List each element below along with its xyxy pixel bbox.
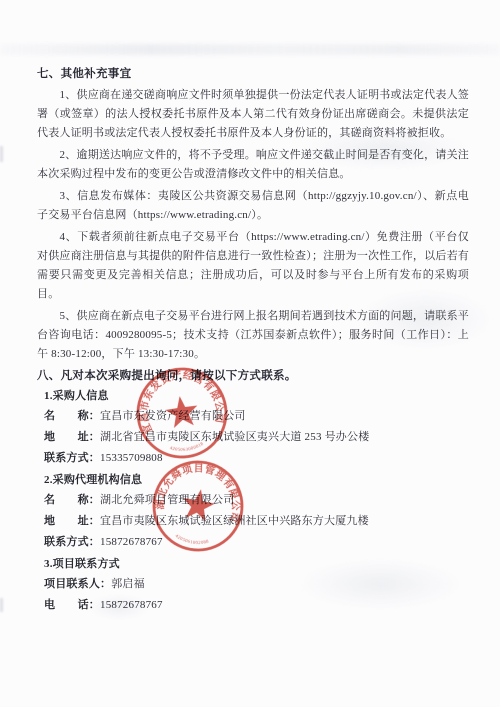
section7-paragraph-4: 4、下载者须前往新点电子交易平台（https://www.etrading.cn… <box>37 228 469 304</box>
project-contact-title: 3.项目联系方式 <box>37 555 469 574</box>
purchaser-info-block: 1.采购人信息 名 称：宜昌市东发资产经营有限公司 地 址：湖北省宜昌市夷陵区东… <box>37 387 469 469</box>
agency-address-label: 地 址： <box>44 515 100 527</box>
purchaser-info-title: 1.采购人信息 <box>37 387 469 406</box>
section7-paragraph-3: 3、信息发布媒体：夷陵区公共资源交易信息网（http://ggzyjy.10.g… <box>37 187 469 225</box>
project-person-row: 项目联系人：郭启福 <box>37 574 469 595</box>
seal-star-icon <box>180 486 217 522</box>
document-body: 七、其他补充事宜 1、供应商在递交磋商响应文件时须单独提供一份法定代表人证明书或… <box>37 66 469 616</box>
agency-name-label: 名 称： <box>44 494 100 506</box>
project-phone-label: 电 话： <box>44 599 100 611</box>
project-person-value: 郭启福 <box>111 578 145 590</box>
purchaser-address-label: 地 址： <box>44 431 100 443</box>
agency-contact-row: 联系方式：15872678767 <box>37 532 469 553</box>
agency-info-block: 2.采购代理机构信息 名 称：湖北允舜项目管理有限公司 地 址：宜昌市夷陵区东城… <box>37 471 469 553</box>
section7-paragraph-5: 5、供应商在新点电子交易平台进行网上报名期间若遇到技术方面的问题，请联系平台咨询… <box>37 307 469 364</box>
section7-paragraph-2: 2、逾期送达响应文件的，将不予受理。响应文件递交截止时间是否有变化，请关注本次采… <box>37 146 469 184</box>
agency-name-row: 名 称：湖北允舜项目管理有限公司 <box>37 490 469 511</box>
section8-heading: 八、凡对本次采购提出询问，请按以下方式联系。 <box>37 368 469 385</box>
section7-paragraph-1: 1、供应商在递交磋商响应文件时须单独提供一份法定代表人证明书或法定代表人签署（或… <box>37 86 469 143</box>
scan-artifact-band <box>0 44 500 55</box>
project-person-label: 项目联系人： <box>44 578 111 590</box>
section7-heading: 七、其他补充事宜 <box>37 66 469 83</box>
project-contact-block: 3.项目联系方式 项目联系人：郭启福 电 话：15872678767 <box>37 555 469 616</box>
project-phone-value: 15872678767 <box>100 599 163 611</box>
agency-company-seal: 湖北允舜项目管理有限公司 4205061002088 <box>140 448 256 564</box>
purchaser-address-row: 地 址：湖北省宜昌市夷陵区东城试验区夷兴大道 253 号办公楼 <box>37 427 469 448</box>
purchaser-contact-label: 联系方式： <box>44 452 100 464</box>
purchaser-name-label: 名 称： <box>44 410 100 422</box>
purchaser-name-row: 名 称：宜昌市东发资产经营有限公司 <box>37 406 469 427</box>
scanned-document-page: 七、其他补充事宜 1、供应商在递交磋商响应文件时须单独提供一份法定代表人证明书或… <box>0 0 500 707</box>
scan-edge-mark <box>0 146 3 162</box>
agency-address-row: 地 址：宜昌市夷陵区东城试验区绿洲社区中兴路东方大厦九楼 <box>37 511 469 532</box>
project-phone-row: 电 话：15872678767 <box>37 595 469 616</box>
seal-star-icon <box>164 394 200 429</box>
agency-contact-label: 联系方式： <box>44 536 100 548</box>
scan-edge-mark <box>0 598 3 612</box>
